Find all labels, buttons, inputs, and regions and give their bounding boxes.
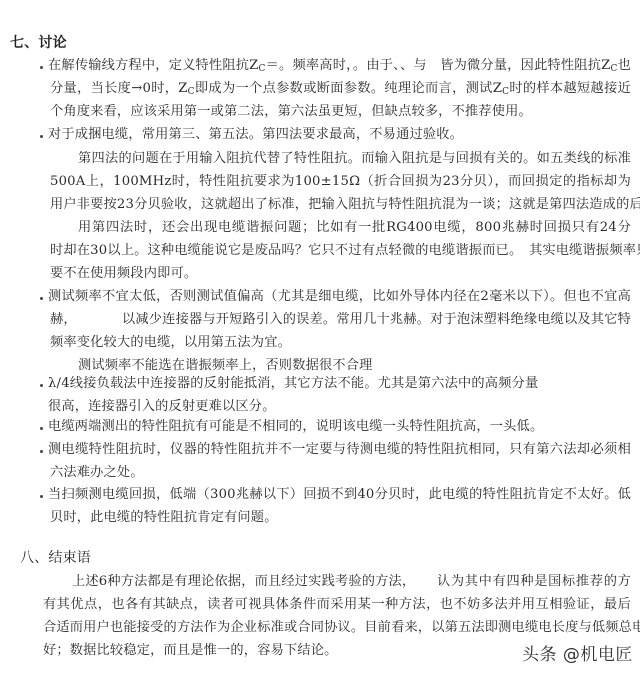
paragraph-line: 用户非要按23分贝验收，这就超出了标准，把输入阻抗与特性阻抗混为一谈；这就是第四… xyxy=(50,196,640,214)
paragraph-line: 分量，当长度→0时，ZC即成为一个点参数或断面参数。纯理论而言，测试ZC时的样本… xyxy=(50,80,631,98)
paragraph-line: 合适而用户也能接受的方法作为企业标准或合同协议。目前看来，以第五法即测电缆电长度… xyxy=(43,619,640,637)
paragraph-line: 测试频率不宜太低，否则测试值偏高（尤其是细电缆，比如外导体内径在2毫米以下）。但… xyxy=(48,288,631,306)
paragraph-line: 赫， xyxy=(50,311,77,329)
paragraph-line: 个角度来看，应该采用第一或第二法，第六法虽更短，但缺点较多，不推荐使用。 xyxy=(50,103,532,121)
bullet-icon xyxy=(40,450,43,453)
paragraph-line: 测试频率不能选在谐振频率上，否则数据很不合理 xyxy=(78,357,373,375)
paragraph-line: 对于成捆电缆，常用第三、第五法。第四法要求最高，不易通过验收。 xyxy=(48,126,463,144)
bullet-icon xyxy=(40,384,43,387)
paragraph-line: 在解传输线方程中，定义特性阻抗ZC＝。频率高时，。由于、、与 皆为微分量，因此特… xyxy=(48,57,631,75)
bullet-icon xyxy=(40,297,43,300)
bullet-icon xyxy=(40,66,43,69)
paragraph-line: 第四法的问题在于用输入阻抗代替了特性阻抗。而输入阻抗是与回损有关的。如五类线的标… xyxy=(78,150,631,168)
bullet-icon xyxy=(40,427,43,430)
paragraph-line: 贝时，此电缆的特性阻抗肯定有问题。 xyxy=(50,509,278,527)
paragraph-line: 时却在30以上。这种电缆能说它是废品吗？它只不过有点轻微的电缆谐振而已。 xyxy=(50,242,522,260)
bullet-icon xyxy=(40,495,43,498)
paragraph-line: 六法难办之处。 xyxy=(50,464,144,482)
paragraph-line: 上述6种方法都是有理论依据，而且经过实践考验的方法， xyxy=(72,573,415,591)
paragraph-line: 当扫频测电缆回损，低端（300兆赫以下）回损不到40分贝时，此电缆的特性阻抗肯定… xyxy=(48,486,631,504)
paragraph-line: 电缆两端测出的特性阻抗有可能是不相同的，说明该电缆一头特性阻抗高，一头低。 xyxy=(48,418,543,436)
watermark: 头条 @机电匠 xyxy=(522,640,633,665)
paragraph-line: 很高，连接器引入的反射更难以区分。 xyxy=(48,398,276,416)
paragraph-line: 频率变化较大的电缆，以用第五法为宜。 xyxy=(50,334,291,352)
paragraph-line: 以减少连接器与开短路引入的误差。常用几十兆赫。对于泡沫塑料绝缘电缆以及其它特性阻… xyxy=(122,311,631,329)
section-heading-discussion: 七、讨论 xyxy=(10,34,67,52)
section-heading-conclusion: 八、结束语 xyxy=(20,549,91,567)
paragraph-line: 其实电缆谐振频率只 xyxy=(529,242,640,260)
paragraph-line: λ/4线接负载法中连接器的反射能抵消，其它方法不能。尤其是第六法中的高频分量 xyxy=(48,375,538,393)
paragraph-line: 要不在使用频段内即可。 xyxy=(50,265,197,283)
paragraph-line: 500A上，100MHz时，特性阻抗要求为100±15Ω（折合回损为23分贝），… xyxy=(50,173,631,191)
paragraph-line: 有其优点，也各有其缺点，读者可视具体条件而采用某一种方法，也不妨多法并用互相验证… xyxy=(43,596,631,614)
paragraph-line: 好；数据比较稳定，而且是惟一的，容易下结论。 xyxy=(43,642,338,660)
paragraph-line: 认为其中有四种是国标推荐的方法。各 xyxy=(437,573,631,591)
paragraph-line: 用第四法时，还会出现电缆谐振问题；比如有一批RG400电缆，800兆赫时回损只有… xyxy=(78,219,631,237)
paragraph-line: 测电缆特性阻抗时，仪器的特性阻抗并不一定要与待测电缆的特性阻抗相同，只有第六法却… xyxy=(48,441,631,459)
bullet-icon xyxy=(40,135,43,138)
